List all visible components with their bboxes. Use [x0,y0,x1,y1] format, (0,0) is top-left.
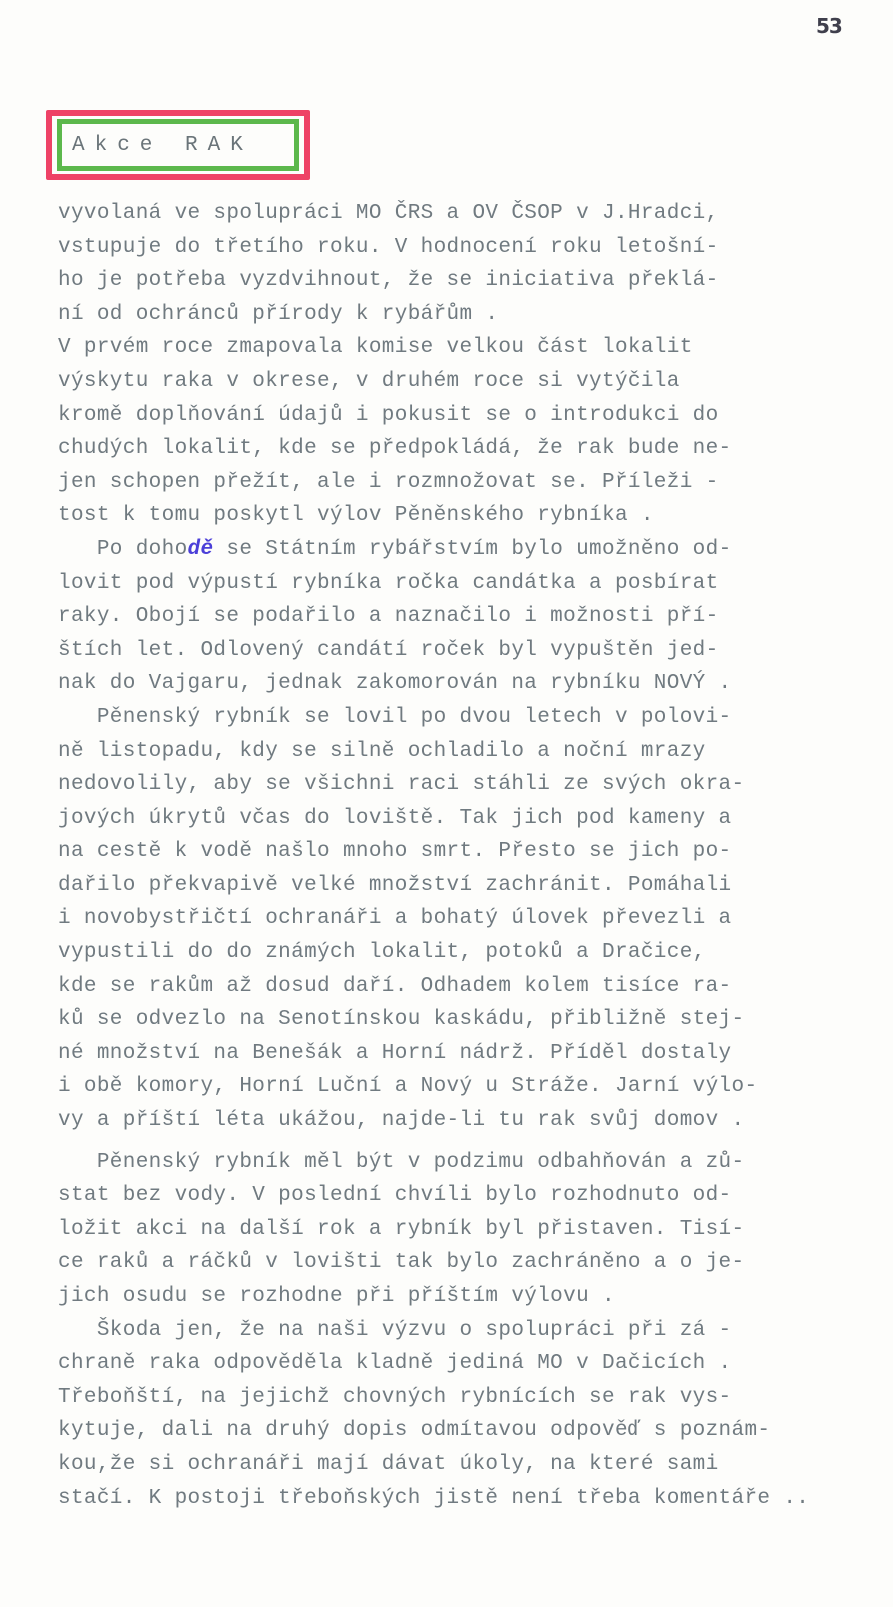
text-segment: Po doho [58,538,188,561]
handwritten-correction: dě [188,538,214,561]
text-line: na cestě k vodě našlo mnoho smrt. Přesto… [58,835,888,869]
document-title: Akce RAK [72,134,253,157]
title-box-inner-frame: Akce RAK [57,119,299,171]
text-line: kde se rakům až dosud daří. Odhadem kole… [58,970,888,1004]
text-line: stačí. K postoji třeboňských jistě není … [58,1482,888,1516]
text-line: jen schopen přežít, ale i rozmnožovat se… [58,466,888,500]
text-line-with-correction: Po dohodě se Státním rybářstvím bylo umo… [58,533,888,567]
text-line: stat bez vody. V poslední chvíli bylo ro… [58,1179,888,1213]
text-line: Třeboňští, na jejichž chovných rybnících… [58,1381,888,1415]
text-line: ní od ochránců přírody k rybářům . [58,298,888,332]
text-line: lovit pod výpustí rybníka ročka candátka… [58,567,888,601]
text-line: vstupuje do třetího roku. V hodnocení ro… [58,231,888,265]
text-segment: se Státním rybářstvím bylo umožněno od- [213,538,731,561]
text-line: i novobystřičtí ochranáři a bohatý úlove… [58,902,888,936]
text-line: raky. Obojí se podařilo a naznačilo i mo… [58,600,888,634]
text-line: chraně raka odpověděla kladně jediná MO … [58,1347,888,1381]
text-line: tost k tomu poskytl výlov Pěněnského ryb… [58,499,888,533]
text-line: vy a příští léta ukážou, najde-li tu rak… [58,1104,888,1138]
text-line: né množství na Benešák a Horní nádrž. Př… [58,1037,888,1071]
text-line: nedovolily, aby se všichni raci stáhli z… [58,768,888,802]
text-line: výskytu raka v okrese, v druhém roce si … [58,365,888,399]
text-line: vypustili do do známých lokalit, potoků … [58,936,888,970]
text-line: Pěnenský rybník měl být v podzimu odbahň… [58,1146,888,1180]
text-line: V prvém roce zmapovala komise velkou čás… [58,331,888,365]
text-line: Škoda jen, že na naši výzvu o spolupráci… [58,1314,888,1348]
text-line: jich osudu se rozhodne při příštím výlov… [58,1280,888,1314]
title-box: Akce RAK [46,110,310,180]
text-line: ků se odvezlo na Senotínskou kaskádu, př… [58,1003,888,1037]
text-line: dařilo překvapivě velké množství zachrán… [58,869,888,903]
text-line: ce raků a ráčků v lovišti tak bylo zachr… [58,1246,888,1280]
text-line: štích let. Odlovený candátí roček byl vy… [58,634,888,668]
text-line: ně listopadu, kdy se silně ochladilo a n… [58,735,888,769]
text-line: Pěnenský rybník se lovil po dvou letech … [58,701,888,735]
text-line: kytuje, dali na druhý dopis odmítavou od… [58,1414,888,1448]
document-body: vyvolaná ve spolupráci MO ČRS a OV ČSOP … [58,197,888,1515]
text-line: nak do Vajgaru, jednak zakomorován na ry… [58,667,888,701]
page-number: 53 [816,14,842,38]
text-line: kou,že si ochranáři mají dávat úkoly, na… [58,1448,888,1482]
text-line: i obě komory, Horní Luční a Nový u Stráž… [58,1070,888,1104]
text-line: ložit akci na další rok a rybník byl při… [58,1213,888,1247]
text-line: kromě doplňování údajů i pokusit se o in… [58,399,888,433]
text-line: vyvolaná ve spolupráci MO ČRS a OV ČSOP … [58,197,888,231]
text-line: chudých lokalit, kde se předpokládá, že … [58,432,888,466]
text-line: ho je potřeba vyzdvihnout, že se iniciat… [58,264,888,298]
text-line: jových úkrytů včas do loviště. Tak jich … [58,802,888,836]
